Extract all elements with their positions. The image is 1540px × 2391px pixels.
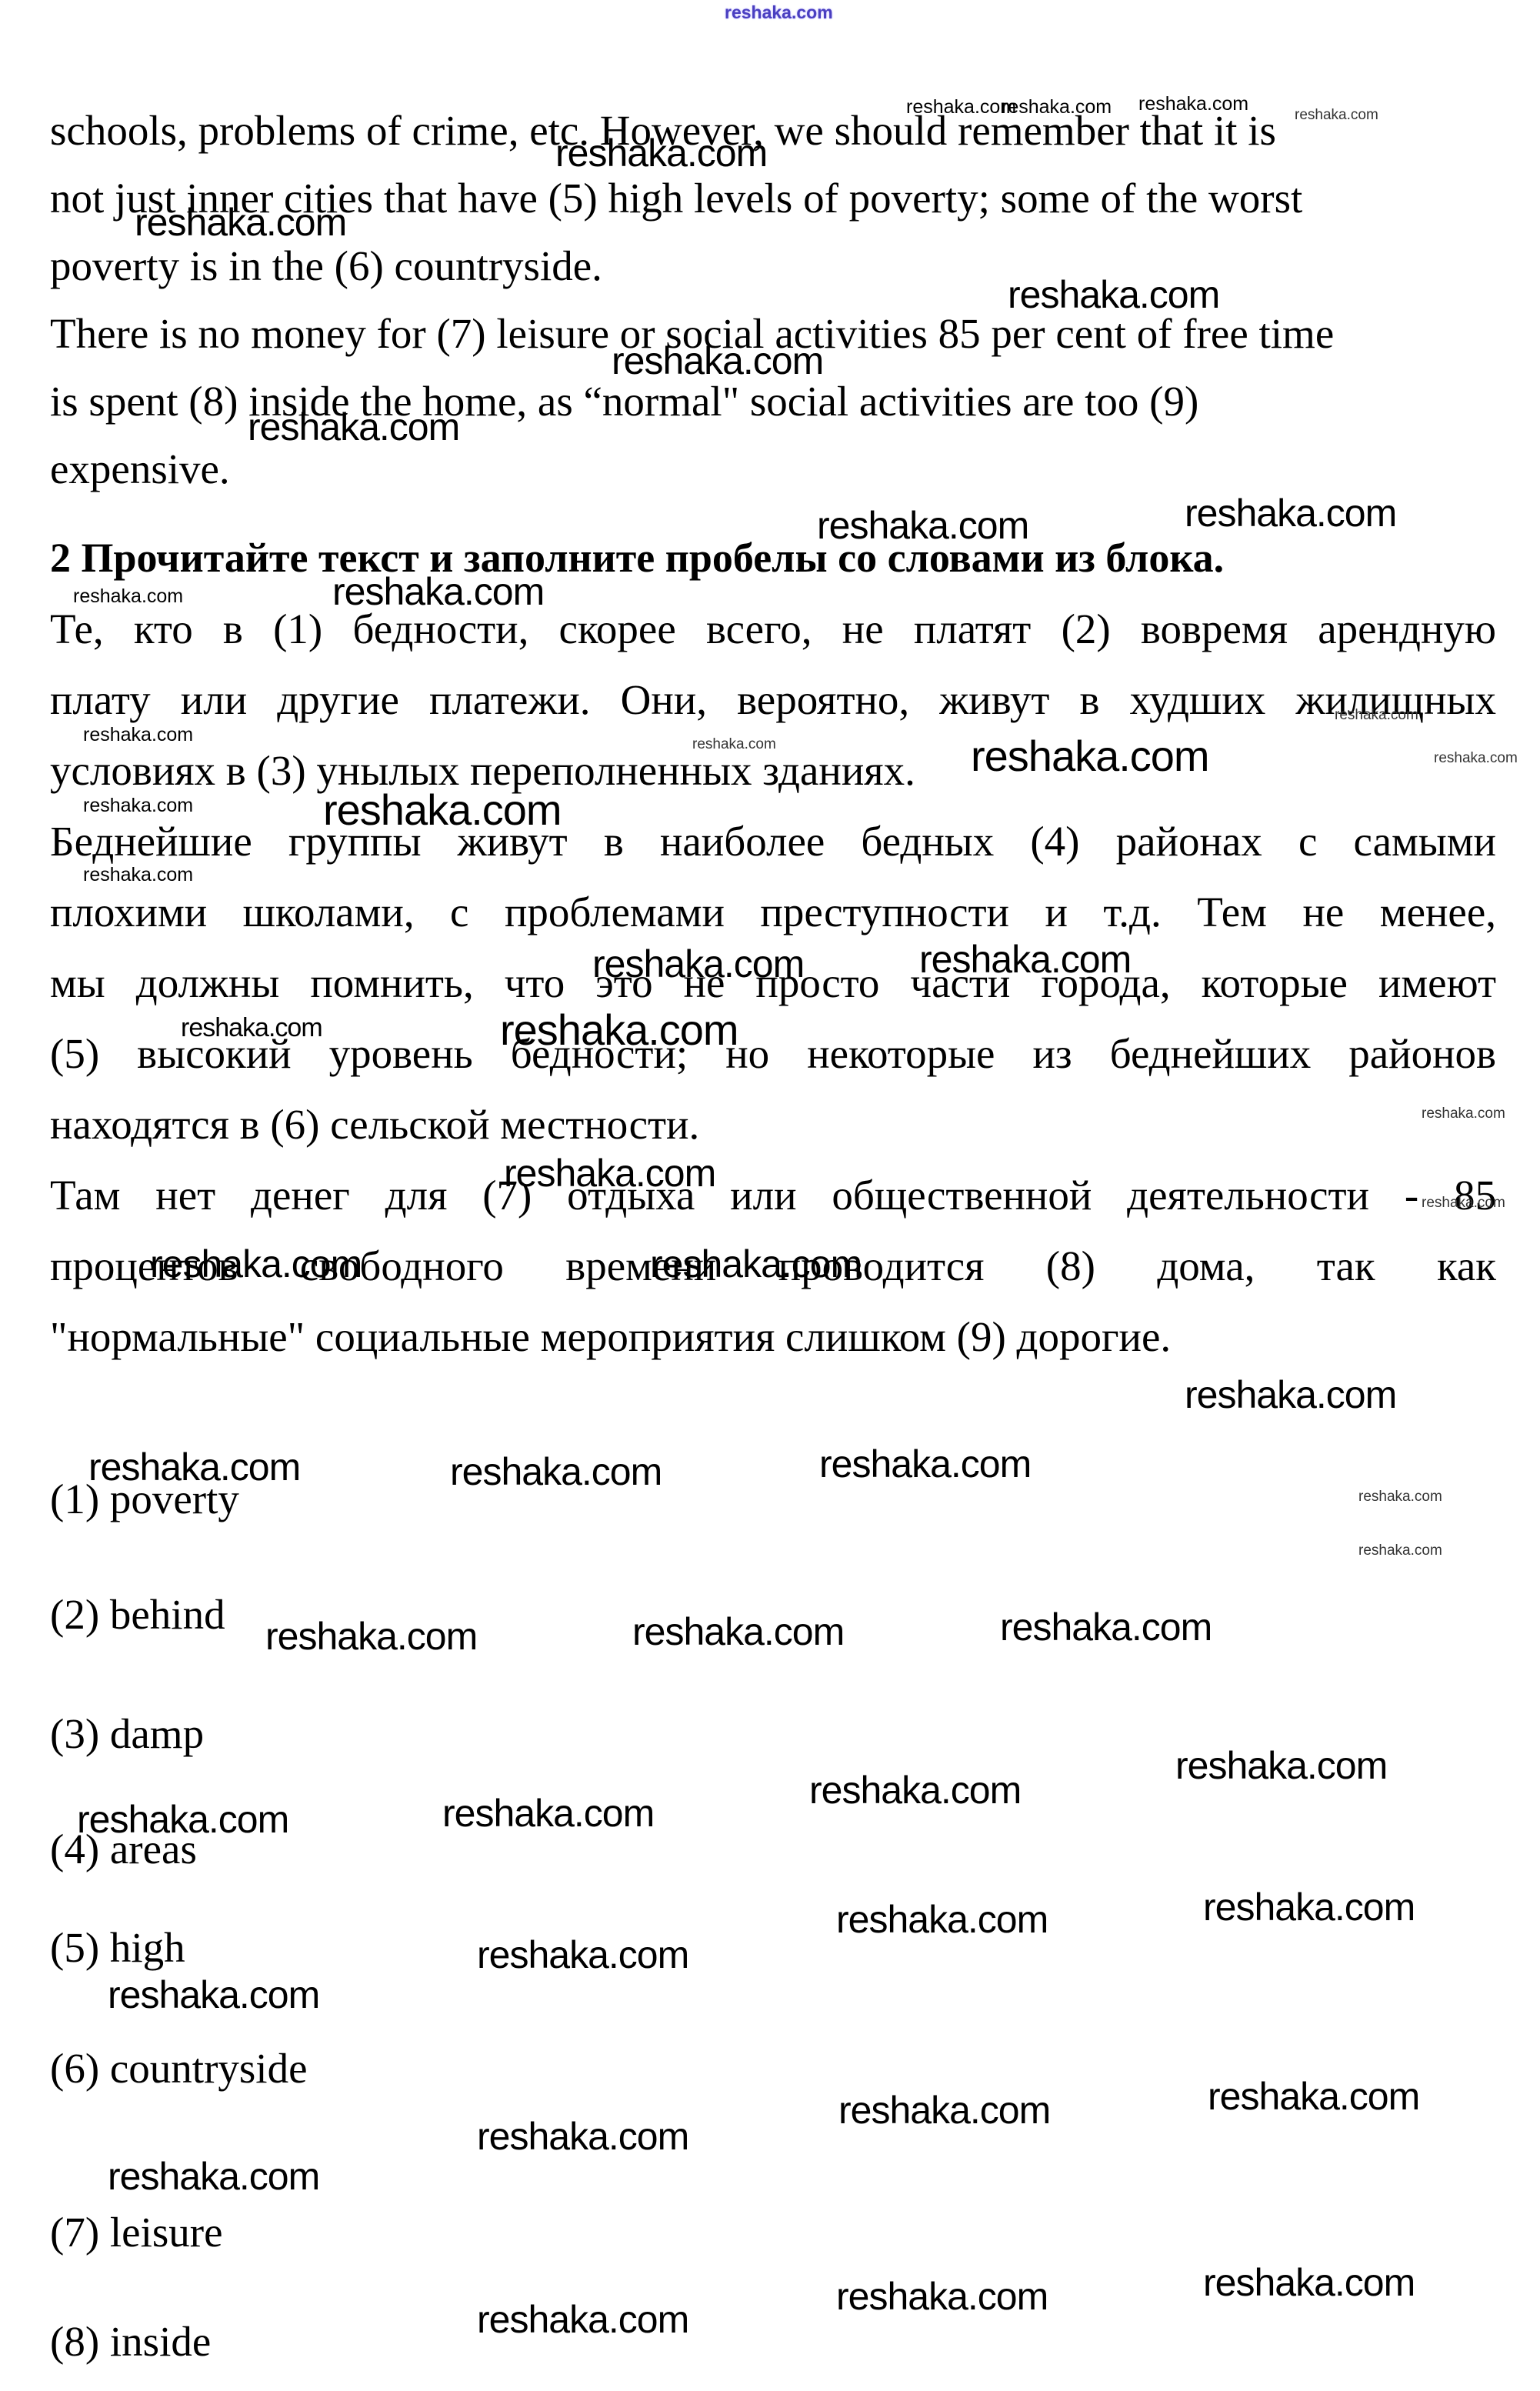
watermark-reshaka: reshaka.com <box>1295 108 1378 124</box>
watermark-reshaka: reshaka.com <box>332 571 544 613</box>
item-word: countryside <box>110 2045 308 2092</box>
watermark-reshaka: reshaka.com <box>1422 1195 1505 1212</box>
watermark-reshaka: reshaka.com <box>442 1792 654 1835</box>
watermark-reshaka: reshaka.com <box>1203 2262 1415 2304</box>
watermark-reshaka: reshaka.com <box>919 939 1131 981</box>
watermark-reshaka: reshaka.com <box>632 1611 844 1653</box>
watermark-reshaka: reshaka.com <box>477 1934 688 1976</box>
watermark-reshaka: reshaka.com <box>838 2089 1050 2132</box>
watermark-reshaka: reshaka.com <box>592 943 804 985</box>
watermark-reshaka: reshaka.com <box>650 1243 862 1286</box>
word-list-item-8: (8) inside <box>50 2317 211 2366</box>
watermark-reshaka: reshaka.com <box>836 1899 1048 1941</box>
item-number: (5) <box>50 1924 99 1971</box>
watermark-reshaka: reshaka.com <box>265 1616 477 1658</box>
item-number: (7) <box>50 2209 99 2256</box>
watermark-reshaka: reshaka.com <box>83 795 193 817</box>
watermark-reshaka: reshaka.com <box>612 340 823 382</box>
watermark-reshaka: reshaka.com <box>1002 97 1112 118</box>
watermark-reshaka: reshaka.com <box>108 2156 319 2198</box>
item-number: (6) <box>50 2045 99 2092</box>
watermark-reshaka: reshaka.com <box>83 725 193 746</box>
watermark-reshaka: reshaka.com <box>1422 1106 1505 1122</box>
item-word: inside <box>110 2318 211 2365</box>
watermark-reshaka: reshaka.com <box>1358 1489 1442 1506</box>
word-list-item-3: (3) damp <box>50 1709 204 1758</box>
word-list-item-5: (5) high <box>50 1923 185 1972</box>
watermark-reshaka: reshaka.com <box>108 1974 319 2016</box>
item-word: high <box>110 1924 185 1971</box>
watermark-reshaka: reshaka.com <box>77 1799 288 1841</box>
worksheet-page: schools, problems of crime, etc. However… <box>0 0 1540 2391</box>
watermark-reshaka: reshaka.com <box>836 2276 1048 2318</box>
watermark-reshaka: reshaka.com <box>150 1243 362 1286</box>
watermark-reshaka: reshaka.com <box>1203 1886 1415 1929</box>
watermark-reshaka: reshaka.com <box>906 97 1016 118</box>
watermark-reshaka: reshaka.com <box>725 3 833 22</box>
watermark-reshaka: reshaka.com <box>88 1446 300 1489</box>
item-word: leisure <box>110 2209 223 2256</box>
word-list-item-6: (6) countryside <box>50 2044 308 2093</box>
word-list-item-2: (2) behind <box>50 1590 225 1639</box>
watermark-reshaka: reshaka.com <box>181 1014 322 1042</box>
watermark-reshaka: reshaka.com <box>248 406 459 449</box>
item-word: behind <box>110 1591 225 1638</box>
watermark-reshaka: reshaka.com <box>504 1152 715 1195</box>
watermark-reshaka: reshaka.com <box>83 865 193 886</box>
item-word: damp <box>110 1710 204 1757</box>
watermark-reshaka: reshaka.com <box>1185 1374 1396 1416</box>
watermark-reshaka: reshaka.com <box>971 732 1209 780</box>
watermark-reshaka: reshaka.com <box>1175 1745 1387 1787</box>
watermark-reshaka: reshaka.com <box>1185 492 1396 535</box>
watermark-reshaka: reshaka.com <box>1138 94 1248 115</box>
watermark-reshaka: reshaka.com <box>323 786 562 834</box>
watermark-reshaka: reshaka.com <box>1335 708 1418 724</box>
watermark-reshaka: reshaka.com <box>477 2116 688 2158</box>
watermark-reshaka: reshaka.com <box>809 1769 1021 1812</box>
word-list-item-7: (7) leisure <box>50 2208 223 2256</box>
watermark-reshaka: reshaka.com <box>555 132 767 175</box>
watermark-reshaka: reshaka.com <box>1008 274 1219 316</box>
watermark-reshaka: reshaka.com <box>477 2299 688 2341</box>
watermark-reshaka: reshaka.com <box>1208 2076 1419 2118</box>
watermark-reshaka: reshaka.com <box>1358 1543 1442 1559</box>
watermark-reshaka: reshaka.com <box>692 737 776 753</box>
watermark-reshaka: reshaka.com <box>817 505 1028 547</box>
watermark-reshaka: reshaka.com <box>1000 1606 1212 1649</box>
item-number: (8) <box>50 2318 99 2365</box>
watermark-reshaka: reshaka.com <box>135 202 346 244</box>
watermark-reshaka: reshaka.com <box>1434 751 1518 767</box>
watermark-reshaka: reshaka.com <box>819 1443 1031 1486</box>
watermark-reshaka: reshaka.com <box>73 586 183 608</box>
watermark-reshaka: reshaka.com <box>500 1006 738 1054</box>
item-number: (2) <box>50 1591 99 1638</box>
item-number: (3) <box>50 1710 99 1757</box>
watermark-reshaka: reshaka.com <box>450 1451 662 1493</box>
